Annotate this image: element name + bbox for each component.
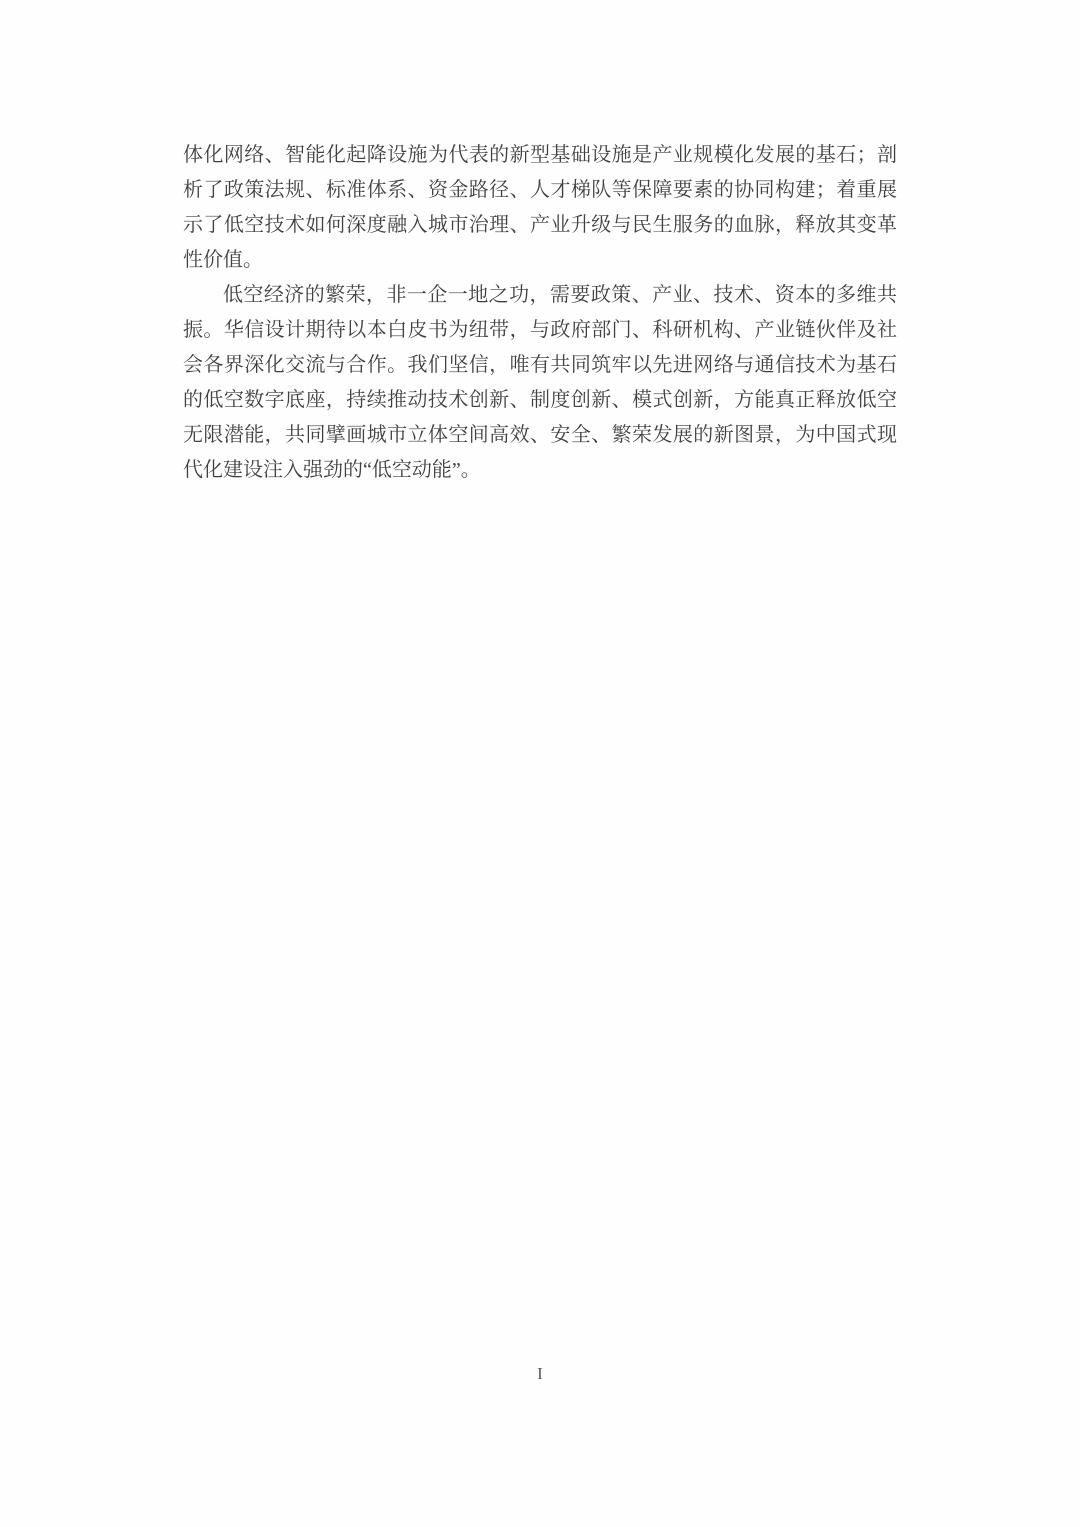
page-number: I xyxy=(0,1362,1080,1386)
paragraph-continuation: 体化网络、智能化起降设施为代表的新型基础设施是产业规模化发展的基石；剖析了政策法… xyxy=(183,138,897,278)
paragraph-closing: 低空经济的繁荣，非一企一地之功，需要政策、产业、技术、资本的多维共振。华信设计期… xyxy=(183,278,897,488)
page-text-block: 体化网络、智能化起降设施为代表的新型基础设施是产业规模化发展的基石；剖析了政策法… xyxy=(183,138,897,488)
document-page: 体化网络、智能化起降设施为代表的新型基础设施是产业规模化发展的基石；剖析了政策法… xyxy=(0,0,1080,1527)
